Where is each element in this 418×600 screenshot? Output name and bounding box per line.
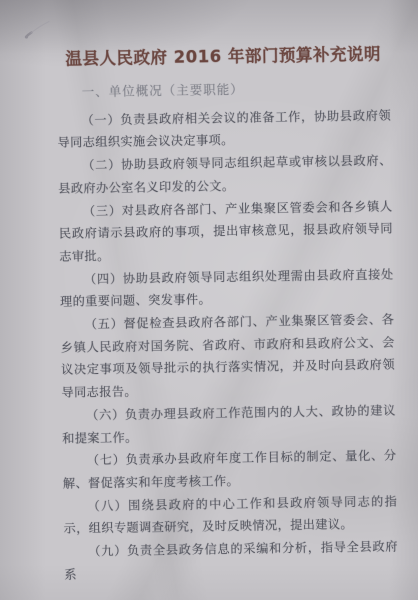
- paragraph: （三）对县政府各部门、产业集聚区管委会和各乡镇人民政府请示县政府的事项，提出审核…: [58, 195, 393, 268]
- paragraph: （二）协助县政府领导同志组织起草或审核以县政府、县政府办公室名义印发的公文。: [58, 149, 393, 200]
- scanned-document-page: 温县人民政府 2016 年部门预算补充说明 一、单位概况（主要职能） （一）负责…: [0, 0, 418, 600]
- paragraph: （七）负责承办县政府年度工作目标的制定、量化、分解、督促落实和年度考核工作。: [62, 445, 397, 496]
- document-title: 温县人民政府 2016 年部门预算补充说明: [56, 41, 390, 72]
- section-heading: 一、单位概况（主要职能）: [57, 76, 391, 104]
- paragraph: （五）督促检查县政府各部门、产业集聚区管委会、各乡镇人民政府对国务院、省政府、市…: [60, 308, 395, 404]
- document-body: （一）负责县政府相关会议的准备工作，协助县政府领导同志组织实施会议决定事项。 （…: [57, 104, 398, 586]
- paragraph: （六）负责办理县政府工作范围内的人大、政协的建议和提案工作。: [62, 399, 397, 450]
- document-content: 温县人民政府 2016 年部门预算补充说明 一、单位概况（主要职能） （一）负责…: [56, 41, 398, 586]
- paragraph: （八）围绕县政府的中心工作和县政府领导同志的指示，组织专题调查研究，及时反映情况…: [63, 490, 398, 541]
- paragraph: （四）协助县政府领导同志组织处理需由县政府直接处理的重要问题、突发事件。: [60, 263, 395, 314]
- pen-smudge-icon: [22, 17, 56, 41]
- paragraph: （一）负责县政府相关会议的准备工作，协助县政府领导同志组织实施会议决定事项。: [57, 104, 392, 155]
- paragraph: （九）负责全县政务信息的采编和分析，指导全县政府系: [64, 535, 399, 586]
